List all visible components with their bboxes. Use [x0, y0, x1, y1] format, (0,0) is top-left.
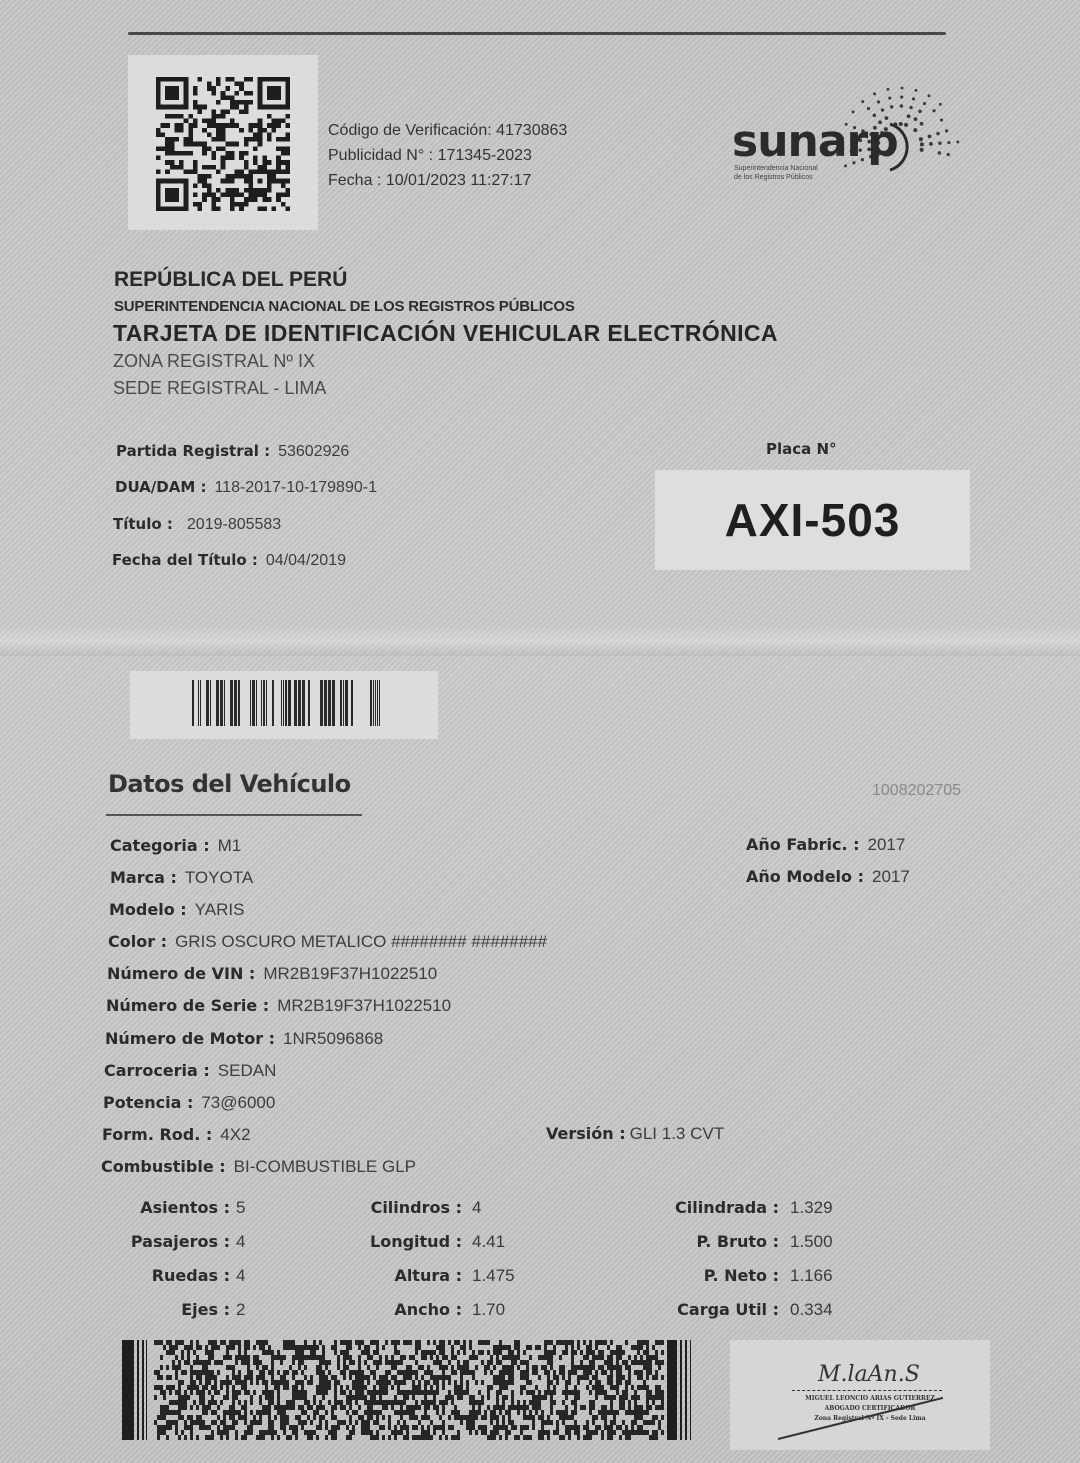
verification-code-row: Código de Verificación: 41730863 [328, 118, 567, 143]
paper-fold [0, 626, 1080, 656]
spec-value: 4.41 [472, 1232, 505, 1252]
country-heading: REPÚBLICA DEL PERÚ [114, 268, 347, 292]
vehicle-field-label: Color : [108, 932, 167, 951]
spec-label-text: Pasajeros : [131, 1232, 230, 1251]
vehicle-field-value: BI-COMBUSTIBLE GLP [234, 1157, 416, 1176]
vehicle-field-row: Modelo :YARIS [109, 900, 244, 920]
qr-code-box [128, 55, 318, 230]
placa-value: AXI-503 [725, 493, 901, 547]
verification-code-value: 41730863 [496, 122, 567, 139]
spec-label-text: P. Bruto : [696, 1232, 779, 1251]
publicidad-label: Publicidad N° : [328, 147, 433, 164]
vehicle-field-label: Número de VIN : [107, 964, 255, 983]
spec-label-text: Ruedas : [152, 1266, 230, 1285]
titulo-value: 2019-805583 [187, 516, 281, 533]
vehicle-field-label: Form. Rod. : [102, 1125, 212, 1144]
vehicle-field-label: Marca : [110, 868, 177, 887]
vehicle-field-label: Número de Serie : [106, 996, 269, 1015]
qr-code-icon [152, 77, 294, 211]
signature-stamp: MIGUEL LEONCIO ARIAS GUTIERREZ ABOGADO C… [800, 1394, 940, 1424]
vehicle-field-value: MR2B19F37H1022510 [263, 964, 437, 983]
vehicle-field-label: Categoria : [110, 836, 210, 855]
spec-value: 1.500 [790, 1232, 833, 1252]
document-title: TARJETA DE IDENTIFICACIÓN VEHICULAR ELEC… [113, 320, 778, 347]
spec-label: Cilindros : [371, 1198, 462, 1218]
vehicle-field-label: Carroceria : [104, 1061, 210, 1080]
partida-value: 53602926 [278, 443, 349, 460]
logo-wordmark: sunarp [732, 116, 898, 167]
vehicle-field-row: Combustible :BI-COMBUSTIBLE GLP [101, 1157, 416, 1177]
vehicle-field-value: YARIS [195, 900, 245, 919]
spec-label-text: Cilindrada : [675, 1198, 779, 1217]
spec-value: 1.475 [472, 1266, 515, 1286]
spec-label: Longitud : [370, 1232, 462, 1252]
spec-value: 4 [236, 1266, 245, 1286]
publicidad-row: Publicidad N° : 171345-2023 [328, 143, 567, 168]
barcode-box [130, 671, 438, 739]
spec-value: 1.166 [790, 1266, 833, 1286]
vehicle-field-row: Potencia :73@6000 [103, 1093, 275, 1113]
fecha-label: Fecha : [328, 172, 381, 189]
dua-label: DUA/DAM : [115, 478, 206, 496]
section-underline [106, 814, 362, 816]
spec-label: Ejes : [181, 1300, 230, 1320]
partida-label: Partida Registral : [116, 442, 270, 460]
fecha-titulo-row: Fecha del Título :04/04/2019 [112, 551, 346, 570]
spec-value: 5 [236, 1198, 245, 1218]
spec-label: P. Neto : [704, 1266, 779, 1286]
vehicle-field-row: Form. Rod. :4X2 [102, 1125, 251, 1145]
vehicle-field-row: Carroceria :SEDAN [104, 1061, 276, 1081]
version-value: GLI 1.3 CVT [630, 1124, 724, 1143]
spec-label-text: Ejes : [181, 1300, 230, 1319]
spec-label-text: Longitud : [370, 1232, 462, 1251]
sunarp-logo: sunarp Superintendencia Nacional de los … [730, 78, 970, 198]
agency-heading: SUPERINTENDENCIA NACIONAL DE LOS REGISTR… [114, 298, 575, 315]
version-row: Versión :GLI 1.3 CVT [546, 1124, 724, 1144]
top-rule [128, 32, 946, 35]
spec-value: 1.329 [790, 1198, 833, 1218]
barcode-icon [192, 680, 380, 726]
dua-row: DUA/DAM :118-2017-10-179890-1 [115, 478, 377, 497]
vehicle-field-row: Marca :TOYOTA [110, 868, 253, 888]
vehicle-field-label: Potencia : [103, 1093, 193, 1112]
spec-label: Cilindrada : [675, 1198, 779, 1218]
spec-label: Ruedas : [152, 1266, 230, 1286]
fecha-titulo-label: Fecha del Título : [112, 551, 258, 569]
spec-label: Ancho : [394, 1300, 462, 1320]
vehicle-field-label: Modelo : [109, 900, 187, 919]
vehicle-field-value: TOYOTA [185, 868, 253, 887]
spec-value: 4 [236, 1232, 245, 1252]
fecha-titulo-value: 04/04/2019 [266, 552, 346, 569]
spec-value: 0.334 [790, 1300, 833, 1320]
vehicle-field-value: 4X2 [220, 1125, 250, 1144]
titulo-label: Título : [113, 515, 173, 533]
spec-label: Altura : [394, 1266, 462, 1286]
logo-subtitle-line2: de los Registros Públicos [734, 173, 818, 182]
vehicle-field-value: SEDAN [218, 1061, 277, 1080]
section-title-vehicle: Datos del Vehículo [108, 770, 351, 798]
fecha-row: Fecha : 10/01/2023 11:27:17 [328, 168, 567, 193]
spec-label-text: Ancho : [394, 1300, 462, 1319]
anio-modelo-row: Año Modelo :2017 [746, 867, 910, 887]
spec-value: 1.70 [472, 1300, 505, 1320]
vehicle-field-label: Combustible : [101, 1157, 226, 1176]
pdf417-barcode-icon [122, 1340, 697, 1440]
vehicle-field-value: M1 [218, 836, 242, 855]
fecha-value: 10/01/2023 11:27:17 [386, 172, 532, 189]
spec-label: Pasajeros : [131, 1232, 230, 1252]
spec-label: P. Bruto : [696, 1232, 779, 1252]
document-code: 1008202705 [872, 782, 961, 800]
dua-value: 118-2017-10-179890-1 [214, 479, 377, 496]
anio-fabric-value: 2017 [867, 835, 905, 854]
spec-label-text: Cilindros : [371, 1198, 462, 1217]
placa-label: Placa N° [766, 440, 837, 458]
placa-box: AXI-503 [655, 470, 970, 570]
spec-label-text: Altura : [394, 1266, 462, 1285]
spec-label: Carga Util : [677, 1300, 779, 1320]
anio-modelo-label: Año Modelo : [746, 867, 864, 886]
anio-fabric-row: Año Fabric. :2017 [746, 835, 905, 855]
verification-info: Código de Verificación: 41730863 Publici… [328, 118, 567, 193]
sede-registral: SEDE REGISTRAL - LIMA [113, 378, 326, 399]
spec-value: 4 [472, 1198, 481, 1218]
version-label: Versión : [546, 1124, 626, 1143]
publicidad-value: 171345-2023 [438, 147, 532, 164]
vehicle-field-row: Número de Motor :1NR5096868 [105, 1029, 383, 1049]
spec-label: Asientos : [140, 1198, 230, 1218]
spec-label-text: Asientos : [140, 1198, 230, 1217]
vehicle-field-value: 73@6000 [201, 1093, 275, 1112]
signer-role: ABOGADO CERTIFICADOR [800, 1404, 940, 1414]
spec-label-text: Carga Util : [677, 1300, 779, 1319]
spec-value: 2 [236, 1300, 245, 1320]
spec-label-text: P. Neto : [704, 1266, 779, 1285]
vehicle-field-row: Número de VIN :MR2B19F37H1022510 [107, 964, 437, 984]
vehicle-field-row: Número de Serie :MR2B19F37H1022510 [106, 996, 451, 1016]
anio-fabric-label: Año Fabric. : [746, 835, 859, 854]
anio-modelo-value: 2017 [872, 867, 910, 886]
vehicle-field-row: Categoria :M1 [110, 836, 241, 856]
vehicle-field-value: GRIS OSCURO METALICO ######## ######## [175, 932, 547, 951]
vehicle-field-value: MR2B19F37H1022510 [277, 996, 451, 1015]
zona-registral: ZONA REGISTRAL Nº IX [113, 351, 315, 372]
vehicle-field-label: Número de Motor : [105, 1029, 275, 1048]
logo-subtitle-line1: Superintendencia Nacional [734, 164, 818, 173]
logo-subtitle: Superintendencia Nacional de los Registr… [734, 164, 818, 182]
partida-row: Partida Registral :53602926 [116, 442, 349, 461]
titulo-row: Título :2019-805583 [113, 515, 281, 534]
vehicle-field-row: Color :GRIS OSCURO METALICO ######## ###… [108, 932, 547, 952]
signature-line [792, 1390, 942, 1391]
verification-code-label: Código de Verificación: [328, 122, 492, 139]
vehicle-field-value: 1NR5096868 [283, 1029, 383, 1048]
signature-script: M.laAn.S [818, 1362, 920, 1387]
signature-box: M.laAn.S MIGUEL LEONCIO ARIAS GUTIERREZ … [730, 1340, 990, 1450]
